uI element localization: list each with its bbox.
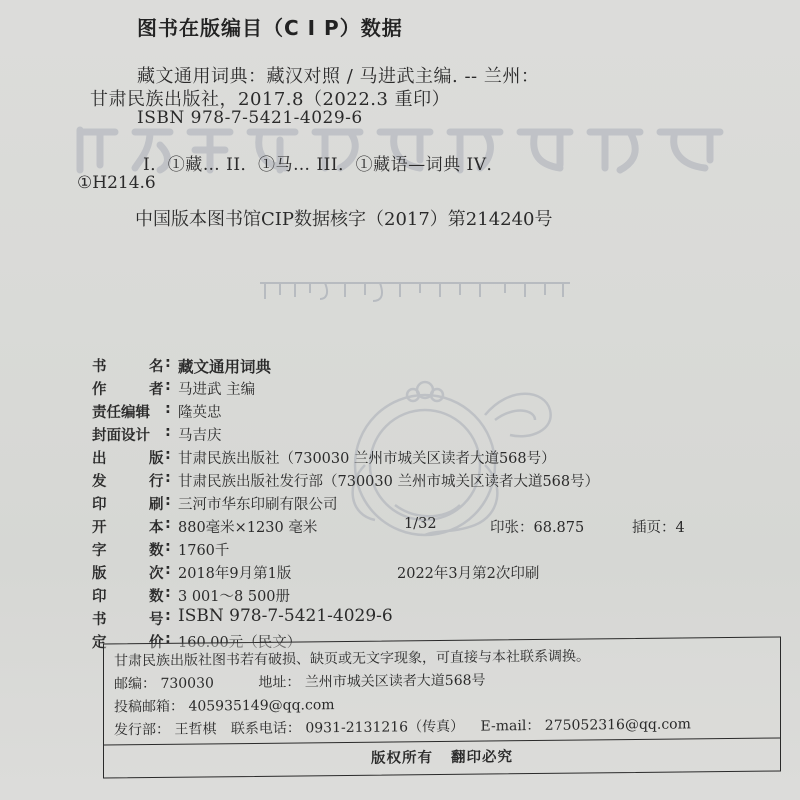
label-char: 印 <box>92 493 107 514</box>
label-colon: : <box>165 562 171 578</box>
address-label: 地址： <box>258 674 300 690</box>
label-colon: : <box>165 585 171 601</box>
label-char: 号 <box>149 608 164 629</box>
email-label: E-mail： <box>481 718 541 735</box>
label-char: 书 <box>92 608 107 629</box>
phone-value: 0931-2131216（传真） <box>305 719 464 737</box>
publisher-notice-box: 甘肃民族出版社图书若有破损、缺页或无文字现象，可直接与本社联系调换。 邮编： 7… <box>103 636 781 778</box>
word-count-value: 1760千 <box>178 539 229 560</box>
label-colon: : <box>165 424 171 440</box>
label-char: 者 <box>149 378 164 399</box>
cip-isbn: ISBN 978-7-5421-4029-6 <box>137 108 363 128</box>
format-fraction: 1/32 <box>404 516 437 532</box>
author-value: 马进武 主编 <box>178 378 255 399</box>
label-char: 数 <box>149 585 164 606</box>
label-char: 本 <box>149 516 164 537</box>
label-char: 名 <box>149 355 164 376</box>
inserts-count: 插页：4 <box>632 516 685 537</box>
label-colon: : <box>165 401 171 417</box>
isbn-value: ISBN 978-7-5421-4029-6 <box>178 606 393 626</box>
label-colon: : <box>165 378 171 394</box>
label-full: 封面设计 <box>92 424 150 445</box>
printer-value: 三河市华东印刷有限公司 <box>178 493 338 514</box>
label-char: 印 <box>92 585 107 606</box>
copyright-reserved: 版权所有 <box>371 750 433 767</box>
publisher-value: 甘肃民族出版社（730030 兰州市城关区读者大道568号） <box>178 447 556 468</box>
label-char: 作 <box>92 378 107 399</box>
label-colon: : <box>165 516 171 532</box>
postcode-value: 730030 <box>160 675 213 692</box>
cip-record-number: 中国版本图书馆CIP数据核字（2017）第214240号 <box>135 205 553 231</box>
label-char: 出 <box>92 447 107 468</box>
cip-classification: ①H214.6 <box>77 173 156 193</box>
label-full: 责任编辑 <box>92 401 150 422</box>
label-char: 行 <box>149 470 164 491</box>
label-char: 次 <box>149 562 164 583</box>
label-char: 开 <box>92 516 107 537</box>
printed-sheets: 印张：68.875 <box>490 516 584 537</box>
damage-notice: 甘肃民族出版社图书若有破损、缺页或无文字现象，可直接与本社联系调换。 <box>114 645 590 670</box>
email-value: 275052316@qq.com <box>545 716 691 734</box>
format-value: 880毫米×1230 毫米 <box>178 516 317 537</box>
label-char: 版 <box>92 562 107 583</box>
tibetan-script-line <box>255 275 575 305</box>
label-char: 刷 <box>149 493 164 514</box>
editor-value: 隆英忠 <box>178 401 222 422</box>
edition-value: 2018年9月第1版 <box>178 562 291 583</box>
dept-label: 发行部： <box>114 722 170 739</box>
label-colon: : <box>165 470 171 486</box>
label-char: 字 <box>92 539 107 560</box>
submission-email-line: 投稿邮箱： 405935149@qq.com <box>114 694 335 716</box>
label-char: 数 <box>149 539 164 560</box>
label-colon: : <box>165 447 171 463</box>
book-title-value: 藏文通用词典 <box>178 355 271 377</box>
copyright-notice: 版权所有翻印必究 <box>104 742 780 770</box>
print-run-value: 3 001～8 500册 <box>178 585 290 606</box>
label-char: 版 <box>149 447 164 468</box>
submission-label: 投稿邮箱： <box>114 699 184 716</box>
label-colon: : <box>165 355 171 371</box>
piracy-warning: 翻印必究 <box>451 749 513 766</box>
cip-subject-line: I．①藏… II．①马… III．①藏语—词典 IV． <box>143 150 504 175</box>
submission-email: 405935149@qq.com <box>188 697 334 715</box>
distribution-contact-line: 发行部： 王哲棋 联系电话： 0931-2131216（传真） E-mail： … <box>114 713 691 739</box>
label-char: 发 <box>92 470 107 491</box>
printing-value: 2022年3月第2次印刷 <box>397 562 539 583</box>
label-colon: : <box>165 493 171 509</box>
phone-label: 联系电话： <box>231 720 301 737</box>
cover-designer-value: 马吉庆 <box>178 424 222 445</box>
postcode-address-line: 邮编： 730030 地址： 兰州市城关区读者大道568号 <box>114 670 486 694</box>
label-colon: : <box>165 539 171 555</box>
label-colon: : <box>165 608 171 624</box>
postcode-label: 邮编： <box>114 676 156 692</box>
dept-contact: 王哲棋 <box>174 721 216 737</box>
label-char: 书 <box>92 355 107 376</box>
cip-title: 图书在版编目（C I P）数据 <box>137 12 403 41</box>
address-value: 兰州市城关区读者大道568号 <box>305 673 486 691</box>
distributor-value: 甘肃民族出版社发行部（730030 兰州市城关区读者大道568号） <box>178 470 599 491</box>
